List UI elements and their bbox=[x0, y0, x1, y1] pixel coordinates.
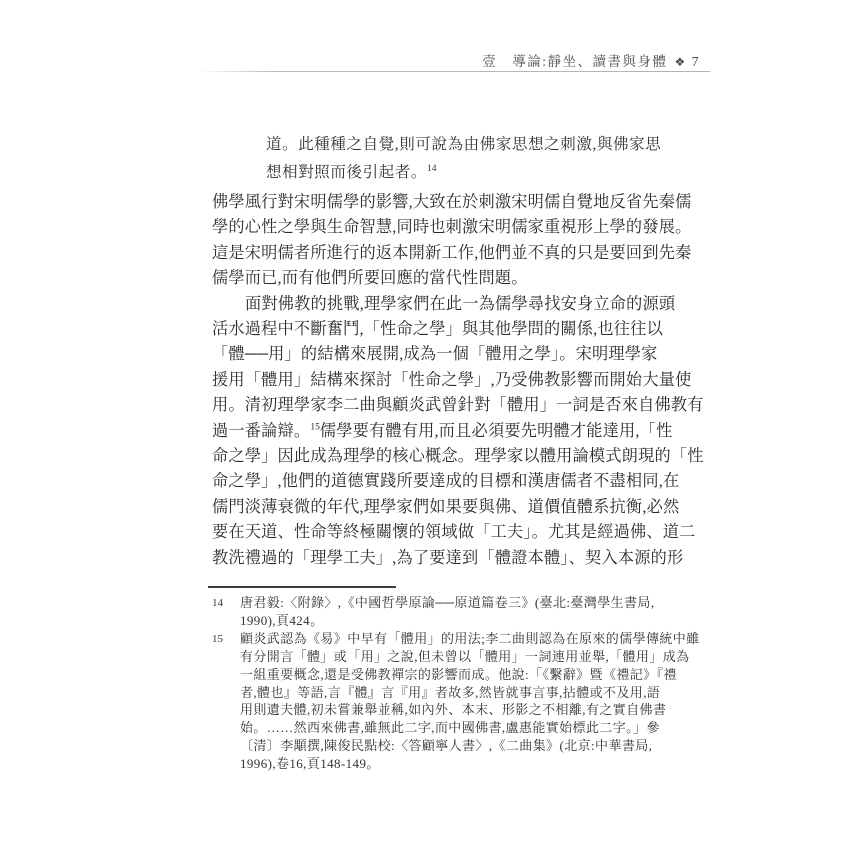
body-line: 學的心性之學與生命智慧,同時也刺激宋明儒家重視形上學的發展。 bbox=[212, 215, 712, 240]
footnote-line: 始。……然西來佛書,雖無此二字,而中國佛書,盧惠能實始標此二字。」參 bbox=[240, 719, 716, 737]
book-page: 壹 導論:靜坐、讀書與身體❖7 道。此種種之自覺,則可說為由佛家思想之刺激,與佛… bbox=[0, 0, 850, 850]
footnote-line: 顧炎武認為《易》中早有「體用」的用法;李二曲則認為在原來的儒學傳統中雖 bbox=[240, 630, 716, 648]
body-line: 過一番論辯。15儒學要有體有用,而且必須要先明體才能達用,「性 bbox=[212, 419, 712, 444]
body-line-paragraph-start: 面對佛教的挑戰,理學家們在此一為儒學尋找安身立命的源頭 bbox=[212, 292, 712, 317]
body-line: 援用「體用」結構來探討「性命之學」,乃受佛教影響而開始大量使 bbox=[212, 368, 712, 393]
body-line: 佛學風行對宋明儒學的影響,大致在於刺激宋明儒自覺地反省先秦儒 bbox=[212, 190, 712, 215]
page-number: 7 bbox=[692, 54, 700, 69]
body-line: 命之學」因此成為理學的核心概念。理學家以體用論模式朗現的「性 bbox=[212, 444, 712, 469]
footnote-15: 15 顧炎武認為《易》中早有「體用」的用法;李二曲則認為在原來的儒學傳統中雖 有… bbox=[212, 630, 716, 773]
running-head: 壹 導論:靜坐、讀書與身體❖7 bbox=[0, 50, 700, 70]
footnote-line: 1996),卷16,頁148-149。 bbox=[240, 755, 716, 773]
body-line: 活水過程中不斷奮鬥,「性命之學」與其他學問的關係,也往往以 bbox=[212, 317, 712, 342]
body-line-text: 儒學要有體有用,而且必須要先明體才能達用,「性 bbox=[320, 422, 673, 440]
running-head-title: 壹 導論:靜坐、讀書與身體 bbox=[482, 54, 667, 69]
footnotes: 14 唐君毅:〈附錄〉,《中國哲學原論──原道篇卷三》(臺北:臺灣學生書局, 1… bbox=[212, 594, 716, 773]
footnote-line: 者,體也』等語,言『體』言『用』者故多,然皆就事言事,拈體或不及用,語 bbox=[240, 684, 716, 702]
quote-line: 想相對照而後引起者。14 bbox=[266, 159, 716, 187]
footnote-separator-rule bbox=[208, 586, 396, 588]
body-line: 要在天道、性命等終極關懷的領域做「工夫」。尤其是經過佛、道二 bbox=[212, 520, 712, 545]
footnote-ref-15: 15 bbox=[310, 422, 320, 432]
block-quote: 道。此種種之自覺,則可說為由佛家思想之刺激,與佛家思 想相對照而後引起者。14 bbox=[266, 131, 716, 186]
body-line: 命之學」,他們的道德實踐所要達成的目標和漢唐儒者不盡相同,在 bbox=[212, 469, 712, 494]
footnote-ref-14: 14 bbox=[427, 163, 437, 173]
body-line: 儒門淡薄衰微的年代,理學家們如果要與佛、道價值體系抗衡,必然 bbox=[212, 495, 712, 520]
footnote-line: 1990),頁424。 bbox=[240, 612, 716, 630]
footnote-14: 14 唐君毅:〈附錄〉,《中國哲學原論──原道篇卷三》(臺北:臺灣學生書局, 1… bbox=[212, 594, 716, 630]
quote-line: 道。此種種之自覺,則可說為由佛家思想之刺激,與佛家思 bbox=[266, 131, 716, 159]
footnote-line: 用則遺夫體,初未嘗兼舉並稱,如內外、本末、形影之不相離,有之實自佛書 bbox=[240, 701, 716, 719]
body-line: 教洗禮過的「理學工夫」,為了要達到「體證本體」、契入本源的形 bbox=[212, 546, 712, 571]
footnote-line: 唐君毅:〈附錄〉,《中國哲學原論──原道篇卷三》(臺北:臺灣學生書局, bbox=[240, 594, 716, 612]
footnote-line: 一組重要概念,還是受佛教禪宗的影響而成。他說:「《繫辭》暨《禮記》『禮 bbox=[240, 666, 716, 684]
body-line: 這是宋明儒者所進行的返本開新工作,他們並不真的只是要回到先秦 bbox=[212, 241, 712, 266]
running-head-rule bbox=[198, 71, 710, 72]
body-line: 儒學而已,而有他們所要回應的當代性問題。 bbox=[212, 266, 712, 291]
body-line: 用。清初理學家李二曲與顧炎武曾針對「體用」一詞是否來自佛教有 bbox=[212, 393, 712, 418]
body-text: 佛學風行對宋明儒學的影響,大致在於刺激宋明儒自覺地反省先秦儒 學的心性之學與生命… bbox=[212, 190, 712, 571]
footnote-line: 〔清〕李顒撰,陳俊民點校:〈答顧寧人書〉,《二曲集》(北京:中華書局, bbox=[240, 737, 716, 755]
body-line: 「體──用」的結構來展開,成為一個「體用之學」。宋明理學家 bbox=[212, 342, 712, 367]
footnote-number: 14 bbox=[212, 595, 223, 613]
quote-line-text: 想相對照而後引起者。 bbox=[266, 164, 427, 181]
footnote-number: 15 bbox=[212, 631, 223, 649]
footnote-line: 有分開言「體」或「用」之說,但未曾以「體用」一詞連用並舉,「體用」成為 bbox=[240, 648, 716, 666]
body-line-text: 過一番論辯。 bbox=[212, 422, 310, 440]
ornament-diamond-icon: ❖ bbox=[674, 55, 686, 69]
